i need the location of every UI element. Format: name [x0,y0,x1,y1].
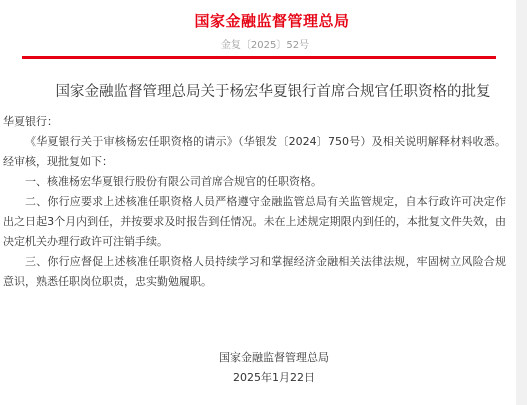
document-title: 国家金融监督管理总局关于杨宏华夏银行首席合规官任职资格的批复 [0,80,516,101]
signature-block: 国家金融监督管理总局 2025年1月22日 [0,348,516,388]
signature-date: 2025年1月22日 [32,368,516,388]
scrollbar-track[interactable] [516,0,527,405]
red-divider-line [22,56,496,59]
document-page: 国家金融监督管理总局 金复〔2025〕52号 国家金融监督管理总局关于杨宏华夏银… [0,0,527,405]
document-number: 金复〔2025〕52号 [0,36,516,51]
paragraph-item-1: 一、核准杨宏华夏银行股份有限公司首席合规官的任职资格。 [3,172,506,192]
signature-agency: 国家金融监督管理总局 [32,348,516,368]
paragraph-item-3: 三、你行应督促上述核准任职资格人员持续学习和掌握经济金融相关法律法规，牢固树立风… [3,252,506,292]
paragraph-item-2: 二、你行应要求上述核准任职资格人员严格遵守金融监管总局有关监管规定，自本行政许可… [3,192,506,252]
salutation: 华夏银行： [3,112,506,132]
official-letter: 国家金融监督管理总局 金复〔2025〕52号 国家金融监督管理总局关于杨宏华夏银… [0,0,516,405]
paragraph-intro: 《华夏银行关于审核杨宏任职资格的请示》（华银发〔2024〕750号）及相关说明解… [3,132,506,172]
issuing-agency-header: 国家金融监督管理总局 [0,10,516,31]
document-body: 华夏银行： 《华夏银行关于审核杨宏任职资格的请示》（华银发〔2024〕750号）… [3,112,506,292]
